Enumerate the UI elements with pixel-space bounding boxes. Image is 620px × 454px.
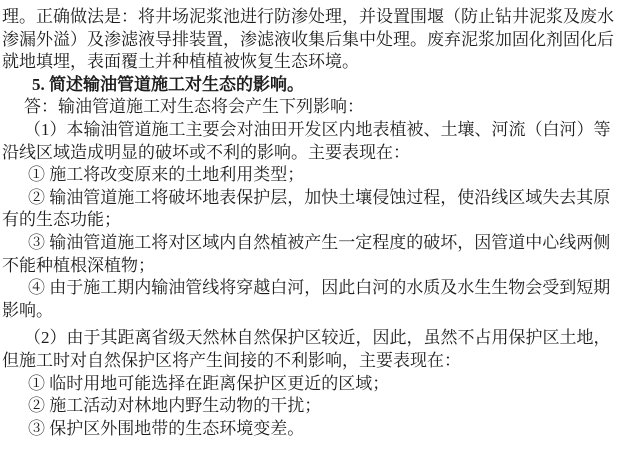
list-item-line: ① 临时用地可能选择在距离保护区更近的区域；: [2, 373, 618, 396]
body-line: 但施工时对自然保护区将产生间接的不利影响，主要表现在：: [2, 350, 618, 373]
document-page: 理。正确做法是：将井场泥浆池进行防渗处理，并设置围堰（防止钻井泥浆及废水渗漏外溢…: [0, 0, 620, 454]
body-line: 渗漏外溢）及渗滤液导排装置，渗滤液收集后集中处理。废弃泥浆加固化剂固化后: [2, 29, 618, 52]
paragraph-start: （2）由于其距离省级天然林自然保护区较近，因此，虽然不占用保护区土地，: [2, 327, 618, 350]
body-line: 不能种植根深植物；: [2, 255, 618, 278]
question-heading: 5. 简述输油管道施工对生态的影响。: [2, 74, 618, 97]
list-item-line: ③ 输油管道施工将对区域内自然植被产生一定程度的破坏，因管道中心线两侧: [2, 232, 618, 255]
answer-lead-line: 答：输油管道施工对生态将会产生下列影响：: [2, 96, 618, 119]
list-item-line: ④ 由于施工期内输油管线将穿越白河，因此白河的水质及水生生物会受到短期: [2, 277, 618, 300]
body-line: 就地填埋，表面覆土并种植植被恢复生态环境。: [2, 51, 618, 74]
body-line: 影响。: [2, 300, 618, 323]
body-line: 有的生态功能；: [2, 209, 618, 232]
list-item-line: ② 施工活动对林地内野生动物的干扰；: [2, 395, 618, 418]
list-item-line: ③ 保护区外围地带的生态环境变差。: [2, 418, 618, 441]
list-item-line: ② 输油管道施工将破坏地表保护层，加快土壤侵蚀过程，使沿线区域失去其原: [2, 187, 618, 210]
body-line: 沿线区域造成明显的破坏或不利的影响。主要表现在：: [2, 142, 618, 165]
paragraph-start: （1）本输油管道施工主要会对油田开发区内地表植被、土壤、河流（白河）等: [2, 119, 618, 142]
body-line: 理。正确做法是：将井场泥浆池进行防渗处理，并设置围堰（防止钻井泥浆及废水: [2, 6, 618, 29]
document-body: 理。正确做法是：将井场泥浆池进行防渗处理，并设置围堰（防止钻井泥浆及废水渗漏外溢…: [2, 6, 618, 440]
list-item-line: ① 施工将改变原来的土地利用类型；: [2, 164, 618, 187]
